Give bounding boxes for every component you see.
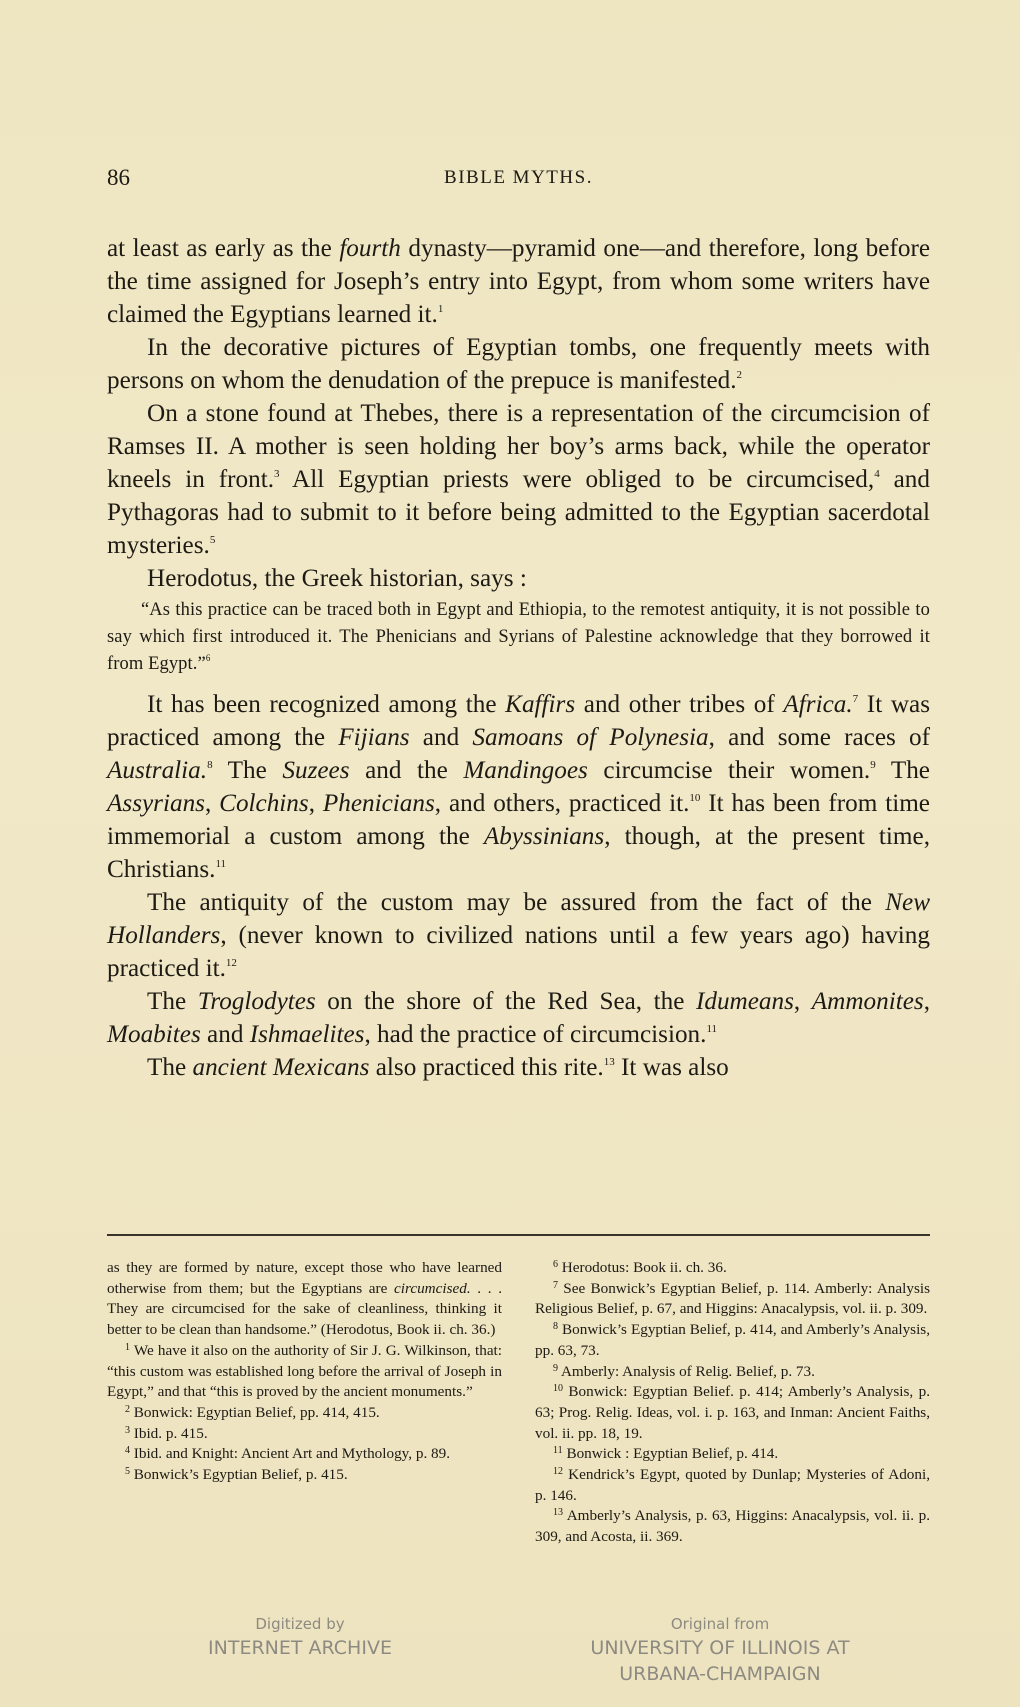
footnote-6: 6 Herodotus: Book ii. ch. 36. [535, 1258, 930, 1279]
paragraph: The Troglodytes on the shore of the Red … [107, 985, 930, 1051]
paragraph: In the decorative pictures of Egyptian t… [107, 331, 930, 397]
footnote-ref[interactable]: 11 [215, 858, 226, 870]
footnote-11: 11 Bonwick : Egyptian Belief, p. 414. [535, 1444, 930, 1465]
footnote-1: 1 We have it also on the authority of Si… [107, 1341, 502, 1403]
footnote-ref[interactable]: 11 [706, 1023, 717, 1035]
paragraph: at least as early as the fourth dynasty—… [107, 232, 930, 331]
paragraph: It has been recognized among the Kaffirs… [107, 688, 930, 886]
footnote-8: 8 Bonwick’s Egyptian Belief, p. 414, and… [535, 1320, 930, 1361]
paragraph: The ancient Mexicans also practiced this… [107, 1051, 930, 1084]
footnote-3: 3 Ibid. p. 415. [107, 1424, 502, 1445]
original-from-watermark: Original from UNIVERSITY OF ILLINOIS AT … [560, 1613, 880, 1687]
footnote-ref[interactable]: 10 [689, 792, 700, 804]
footnote-divider [107, 1234, 930, 1236]
footnote-continuation: as they are formed by nature, except tho… [107, 1258, 502, 1341]
footnote-4: 4 Ibid. and Knight: Ancient Art and Myth… [107, 1444, 502, 1465]
footnote-ref[interactable]: 12 [226, 957, 237, 969]
running-head: 86 BIBLE MYTHS. [107, 165, 930, 195]
footnote-ref[interactable]: 2 [737, 369, 743, 381]
footnote-ref[interactable]: 1 [438, 303, 444, 315]
footnote-5: 5 Bonwick’s Egyptian Belief, p. 415. [107, 1465, 502, 1486]
paragraph: Herodotus, the Greek historian, says : [107, 562, 930, 595]
paragraph: On a stone found at Thebes, there is a r… [107, 397, 930, 562]
body-text: at least as early as the fourth dynasty—… [107, 232, 930, 1084]
footnote-7: 7 See Bonwick’s Egyptian Belief, p. 114.… [535, 1279, 930, 1320]
footnote-9: 9 Amberly: Analysis of Relig. Belief, p.… [535, 1362, 930, 1383]
running-title: BIBLE MYTHS. [107, 167, 930, 189]
footnotes-left-column: as they are formed by nature, except tho… [107, 1258, 502, 1486]
footnote-ref[interactable]: 6 [206, 653, 211, 663]
footnotes-right-column: 6 Herodotus: Book ii. ch. 36. 7 See Bonw… [535, 1258, 930, 1548]
footnote-10: 10 Bonwick: Egyptian Belief. p. 414; Amb… [535, 1382, 930, 1444]
footnote-ref[interactable]: 5 [210, 534, 216, 546]
paragraph: The antiquity of the custom may be assur… [107, 886, 930, 985]
footnote-12: 12 Kendrick’s Egypt, quoted by Dunlap; M… [535, 1465, 930, 1506]
digitized-by-watermark: Digitized by INTERNET ARCHIVE [180, 1613, 420, 1661]
footnote-ref[interactable]: 13 [604, 1056, 615, 1068]
footnote-2: 2 Bonwick: Egyptian Belief, pp. 414, 415… [107, 1403, 502, 1424]
block-quote: “As this practice can be traced both in … [107, 597, 930, 678]
footnote-13: 13 Amberly’s Analysis, p. 63, Higgins: A… [535, 1506, 930, 1547]
